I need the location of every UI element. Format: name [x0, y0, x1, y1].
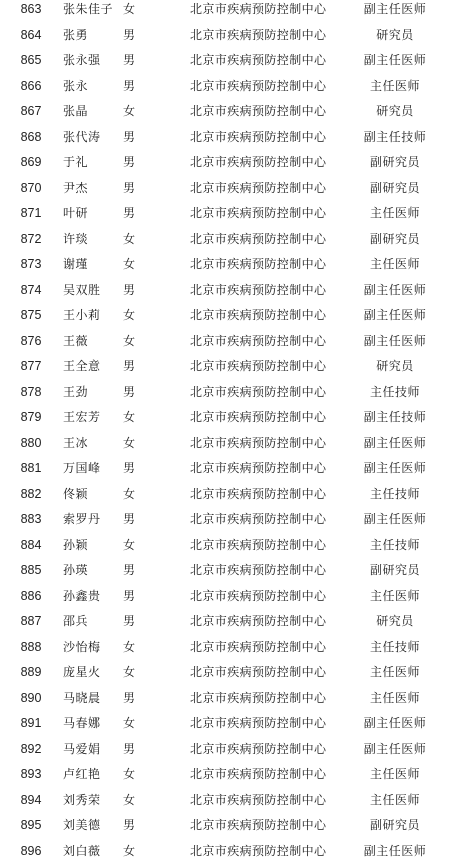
professional-title-cell: 主任技师 [350, 482, 440, 508]
person-name-cell: 马晓晨 [63, 686, 123, 712]
organization-cell: 北京市疾病预防控制中心 [190, 635, 330, 661]
organization-cell: 北京市疾病预防控制中心 [190, 303, 330, 329]
professional-title-cell: 研究员 [350, 354, 440, 380]
person-name-cell: 王薇 [63, 329, 123, 355]
organization-cell: 北京市疾病预防控制中心 [190, 278, 330, 304]
table-row: 883索罗丹男北京市疾病预防控制中心副主任医师 [0, 507, 464, 533]
person-name-cell: 马春娜 [63, 711, 123, 737]
organization-cell: 北京市疾病预防控制中心 [190, 74, 330, 100]
professional-title-cell: 主任技师 [350, 635, 440, 661]
organization-cell: 北京市疾病预防控制中心 [190, 762, 330, 788]
row-number-cell: 869 [14, 150, 48, 176]
gender-cell: 女 [118, 711, 140, 737]
professional-title-cell: 副主任医师 [350, 737, 440, 763]
table-row: 870尹杰男北京市疾病预防控制中心副研究员 [0, 176, 464, 202]
row-number-cell: 894 [14, 788, 48, 814]
table-row: 895刘美德男北京市疾病预防控制中心副研究员 [0, 813, 464, 839]
table-row: 877王全意男北京市疾病预防控制中心研究员 [0, 354, 464, 380]
table-row: 882佟颖女北京市疾病预防控制中心主任技师 [0, 482, 464, 508]
gender-cell: 女 [118, 762, 140, 788]
organization-cell: 北京市疾病预防控制中心 [190, 839, 330, 860]
table-row: 879王宏芳女北京市疾病预防控制中心副主任技师 [0, 405, 464, 431]
row-number-cell: 883 [14, 507, 48, 533]
table-row: 873谢瑾女北京市疾病预防控制中心主任医师 [0, 252, 464, 278]
person-name-cell: 吴双胜 [63, 278, 123, 304]
table-row: 872许琰女北京市疾病预防控制中心副研究员 [0, 227, 464, 253]
row-number-cell: 868 [14, 125, 48, 151]
gender-cell: 女 [118, 839, 140, 860]
person-name-cell: 庞星火 [63, 660, 123, 686]
person-name-cell: 于礼 [63, 150, 123, 176]
professional-title-cell: 研究员 [350, 23, 440, 49]
professional-title-cell: 副主任技师 [350, 125, 440, 151]
professional-title-cell: 主任医师 [350, 686, 440, 712]
row-number-cell: 864 [14, 23, 48, 49]
table-row: 863张朱佳子女北京市疾病预防控制中心副主任医师 [0, 0, 464, 23]
row-number-cell: 863 [14, 0, 48, 23]
row-number-cell: 887 [14, 609, 48, 635]
professional-title-cell: 研究员 [350, 609, 440, 635]
table-row: 892马爱娟男北京市疾病预防控制中心副主任医师 [0, 737, 464, 763]
professional-title-cell: 主任医师 [350, 201, 440, 227]
table-row: 881万国峰男北京市疾病预防控制中心副主任医师 [0, 456, 464, 482]
gender-cell: 女 [118, 252, 140, 278]
gender-cell: 男 [118, 23, 140, 49]
organization-cell: 北京市疾病预防控制中心 [190, 686, 330, 712]
professional-title-cell: 副主任医师 [350, 303, 440, 329]
organization-cell: 北京市疾病预防控制中心 [190, 660, 330, 686]
organization-cell: 北京市疾病预防控制中心 [190, 737, 330, 763]
row-number-cell: 890 [14, 686, 48, 712]
gender-cell: 男 [118, 507, 140, 533]
professional-title-cell: 副主任医师 [350, 48, 440, 74]
table-row: 886孙鑫贵男北京市疾病预防控制中心主任医师 [0, 584, 464, 610]
row-number-cell: 867 [14, 99, 48, 125]
gender-cell: 男 [118, 380, 140, 406]
organization-cell: 北京市疾病预防控制中心 [190, 354, 330, 380]
gender-cell: 女 [118, 227, 140, 253]
organization-cell: 北京市疾病预防控制中心 [190, 48, 330, 74]
professional-title-cell: 主任医师 [350, 74, 440, 100]
gender-cell: 女 [118, 482, 140, 508]
gender-cell: 男 [118, 456, 140, 482]
row-number-cell: 872 [14, 227, 48, 253]
row-number-cell: 874 [14, 278, 48, 304]
gender-cell: 男 [118, 125, 140, 151]
person-name-cell: 张永 [63, 74, 123, 100]
person-name-cell: 刘白薇 [63, 839, 123, 860]
person-name-cell: 王劲 [63, 380, 123, 406]
table-row: 885孙瑛男北京市疾病预防控制中心副研究员 [0, 558, 464, 584]
professional-title-cell: 副主任医师 [350, 507, 440, 533]
row-number-cell: 876 [14, 329, 48, 355]
gender-cell: 男 [118, 201, 140, 227]
professional-title-cell: 副主任医师 [350, 431, 440, 457]
organization-cell: 北京市疾病预防控制中心 [190, 0, 330, 23]
table-row: 889庞星火女北京市疾病预防控制中心主任医师 [0, 660, 464, 686]
gender-cell: 男 [118, 813, 140, 839]
row-number-cell: 886 [14, 584, 48, 610]
row-number-cell: 871 [14, 201, 48, 227]
gender-cell: 女 [118, 635, 140, 661]
person-name-cell: 王全意 [63, 354, 123, 380]
table-row: 867张晶女北京市疾病预防控制中心研究员 [0, 99, 464, 125]
gender-cell: 女 [118, 0, 140, 23]
row-number-cell: 893 [14, 762, 48, 788]
row-number-cell: 877 [14, 354, 48, 380]
gender-cell: 男 [118, 150, 140, 176]
person-name-cell: 张永强 [63, 48, 123, 74]
row-number-cell: 878 [14, 380, 48, 406]
row-number-cell: 884 [14, 533, 48, 559]
gender-cell: 女 [118, 405, 140, 431]
table-row: 887邵兵男北京市疾病预防控制中心研究员 [0, 609, 464, 635]
person-name-cell: 刘美德 [63, 813, 123, 839]
person-name-cell: 王小莉 [63, 303, 123, 329]
gender-cell: 男 [118, 354, 140, 380]
gender-cell: 女 [118, 533, 140, 559]
table-row: 876王薇女北京市疾病预防控制中心副主任医师 [0, 329, 464, 355]
organization-cell: 北京市疾病预防控制中心 [190, 558, 330, 584]
table-row: 893卢红艳女北京市疾病预防控制中心主任医师 [0, 762, 464, 788]
person-name-cell: 万国峰 [63, 456, 123, 482]
table-row: 871叶研男北京市疾病预防控制中心主任医师 [0, 201, 464, 227]
table-row: 888沙怡梅女北京市疾病预防控制中心主任技师 [0, 635, 464, 661]
gender-cell: 女 [118, 788, 140, 814]
row-number-cell: 880 [14, 431, 48, 457]
personnel-table: 863张朱佳子女北京市疾病预防控制中心副主任医师864张勇男北京市疾病预防控制中… [0, 0, 464, 860]
person-name-cell: 孙瑛 [63, 558, 123, 584]
professional-title-cell: 副主任医师 [350, 329, 440, 355]
row-number-cell: 865 [14, 48, 48, 74]
gender-cell: 女 [118, 99, 140, 125]
organization-cell: 北京市疾病预防控制中心 [190, 456, 330, 482]
person-name-cell: 邵兵 [63, 609, 123, 635]
table-row: 890马晓晨男北京市疾病预防控制中心主任医师 [0, 686, 464, 712]
gender-cell: 男 [118, 584, 140, 610]
professional-title-cell: 副主任医师 [350, 711, 440, 737]
table-row: 875王小莉女北京市疾病预防控制中心副主任医师 [0, 303, 464, 329]
organization-cell: 北京市疾病预防控制中心 [190, 507, 330, 533]
professional-title-cell: 主任技师 [350, 380, 440, 406]
table-row: 874吴双胜男北京市疾病预防控制中心副主任医师 [0, 278, 464, 304]
row-number-cell: 875 [14, 303, 48, 329]
table-row: 880王冰女北京市疾病预防控制中心副主任医师 [0, 431, 464, 457]
table-row: 896刘白薇女北京市疾病预防控制中心副主任医师 [0, 839, 464, 860]
row-number-cell: 879 [14, 405, 48, 431]
person-name-cell: 王冰 [63, 431, 123, 457]
person-name-cell: 尹杰 [63, 176, 123, 202]
person-name-cell: 王宏芳 [63, 405, 123, 431]
organization-cell: 北京市疾病预防控制中心 [190, 252, 330, 278]
person-name-cell: 张朱佳子 [63, 0, 123, 23]
row-number-cell: 882 [14, 482, 48, 508]
professional-title-cell: 副主任医师 [350, 0, 440, 23]
organization-cell: 北京市疾病预防控制中心 [190, 405, 330, 431]
gender-cell: 男 [118, 686, 140, 712]
professional-title-cell: 副研究员 [350, 558, 440, 584]
table-row: 878王劲男北京市疾病预防控制中心主任技师 [0, 380, 464, 406]
organization-cell: 北京市疾病预防控制中心 [190, 125, 330, 151]
person-name-cell: 马爱娟 [63, 737, 123, 763]
professional-title-cell: 副研究员 [350, 813, 440, 839]
person-name-cell: 刘秀荣 [63, 788, 123, 814]
professional-title-cell: 主任医师 [350, 584, 440, 610]
table-row: 891马春娜女北京市疾病预防控制中心副主任医师 [0, 711, 464, 737]
gender-cell: 女 [118, 660, 140, 686]
organization-cell: 北京市疾病预防控制中心 [190, 201, 330, 227]
organization-cell: 北京市疾病预防控制中心 [190, 813, 330, 839]
professional-title-cell: 副主任技师 [350, 405, 440, 431]
row-number-cell: 866 [14, 74, 48, 100]
table-row: 894刘秀荣女北京市疾病预防控制中心主任医师 [0, 788, 464, 814]
organization-cell: 北京市疾病预防控制中心 [190, 609, 330, 635]
organization-cell: 北京市疾病预防控制中心 [190, 23, 330, 49]
table-row: 868张代涛男北京市疾病预防控制中心副主任技师 [0, 125, 464, 151]
row-number-cell: 888 [14, 635, 48, 661]
gender-cell: 男 [118, 48, 140, 74]
professional-title-cell: 副主任医师 [350, 839, 440, 860]
gender-cell: 女 [118, 431, 140, 457]
person-name-cell: 孙鑫贵 [63, 584, 123, 610]
professional-title-cell: 主任医师 [350, 252, 440, 278]
gender-cell: 男 [118, 609, 140, 635]
professional-title-cell: 研究员 [350, 99, 440, 125]
organization-cell: 北京市疾病预防控制中心 [190, 788, 330, 814]
professional-title-cell: 副主任医师 [350, 278, 440, 304]
organization-cell: 北京市疾病预防控制中心 [190, 533, 330, 559]
table-row: 884孙颖女北京市疾病预防控制中心主任技师 [0, 533, 464, 559]
person-name-cell: 索罗丹 [63, 507, 123, 533]
person-name-cell: 叶研 [63, 201, 123, 227]
professional-title-cell: 副研究员 [350, 176, 440, 202]
organization-cell: 北京市疾病预防控制中心 [190, 380, 330, 406]
organization-cell: 北京市疾病预防控制中心 [190, 329, 330, 355]
person-name-cell: 佟颖 [63, 482, 123, 508]
professional-title-cell: 副研究员 [350, 227, 440, 253]
organization-cell: 北京市疾病预防控制中心 [190, 227, 330, 253]
professional-title-cell: 主任医师 [350, 660, 440, 686]
gender-cell: 男 [118, 737, 140, 763]
organization-cell: 北京市疾病预防控制中心 [190, 711, 330, 737]
person-name-cell: 沙怡梅 [63, 635, 123, 661]
professional-title-cell: 主任医师 [350, 762, 440, 788]
person-name-cell: 张代涛 [63, 125, 123, 151]
row-number-cell: 895 [14, 813, 48, 839]
organization-cell: 北京市疾病预防控制中心 [190, 584, 330, 610]
person-name-cell: 谢瑾 [63, 252, 123, 278]
person-name-cell: 许琰 [63, 227, 123, 253]
professional-title-cell: 主任医师 [350, 788, 440, 814]
table-row: 864张勇男北京市疾病预防控制中心研究员 [0, 23, 464, 49]
organization-cell: 北京市疾病预防控制中心 [190, 150, 330, 176]
table-row: 869于礼男北京市疾病预防控制中心副研究员 [0, 150, 464, 176]
professional-title-cell: 主任技师 [350, 533, 440, 559]
person-name-cell: 孙颖 [63, 533, 123, 559]
table-row: 866张永男北京市疾病预防控制中心主任医师 [0, 74, 464, 100]
gender-cell: 男 [118, 558, 140, 584]
row-number-cell: 889 [14, 660, 48, 686]
table-row: 865张永强男北京市疾病预防控制中心副主任医师 [0, 48, 464, 74]
gender-cell: 男 [118, 74, 140, 100]
gender-cell: 男 [118, 176, 140, 202]
row-number-cell: 891 [14, 711, 48, 737]
row-number-cell: 870 [14, 176, 48, 202]
organization-cell: 北京市疾病预防控制中心 [190, 482, 330, 508]
row-number-cell: 881 [14, 456, 48, 482]
gender-cell: 女 [118, 329, 140, 355]
gender-cell: 男 [118, 278, 140, 304]
person-name-cell: 张勇 [63, 23, 123, 49]
organization-cell: 北京市疾病预防控制中心 [190, 431, 330, 457]
professional-title-cell: 副研究员 [350, 150, 440, 176]
row-number-cell: 885 [14, 558, 48, 584]
organization-cell: 北京市疾病预防控制中心 [190, 176, 330, 202]
row-number-cell: 892 [14, 737, 48, 763]
row-number-cell: 896 [14, 839, 48, 860]
professional-title-cell: 副主任医师 [350, 456, 440, 482]
gender-cell: 女 [118, 303, 140, 329]
person-name-cell: 卢红艳 [63, 762, 123, 788]
organization-cell: 北京市疾病预防控制中心 [190, 99, 330, 125]
person-name-cell: 张晶 [63, 99, 123, 125]
row-number-cell: 873 [14, 252, 48, 278]
